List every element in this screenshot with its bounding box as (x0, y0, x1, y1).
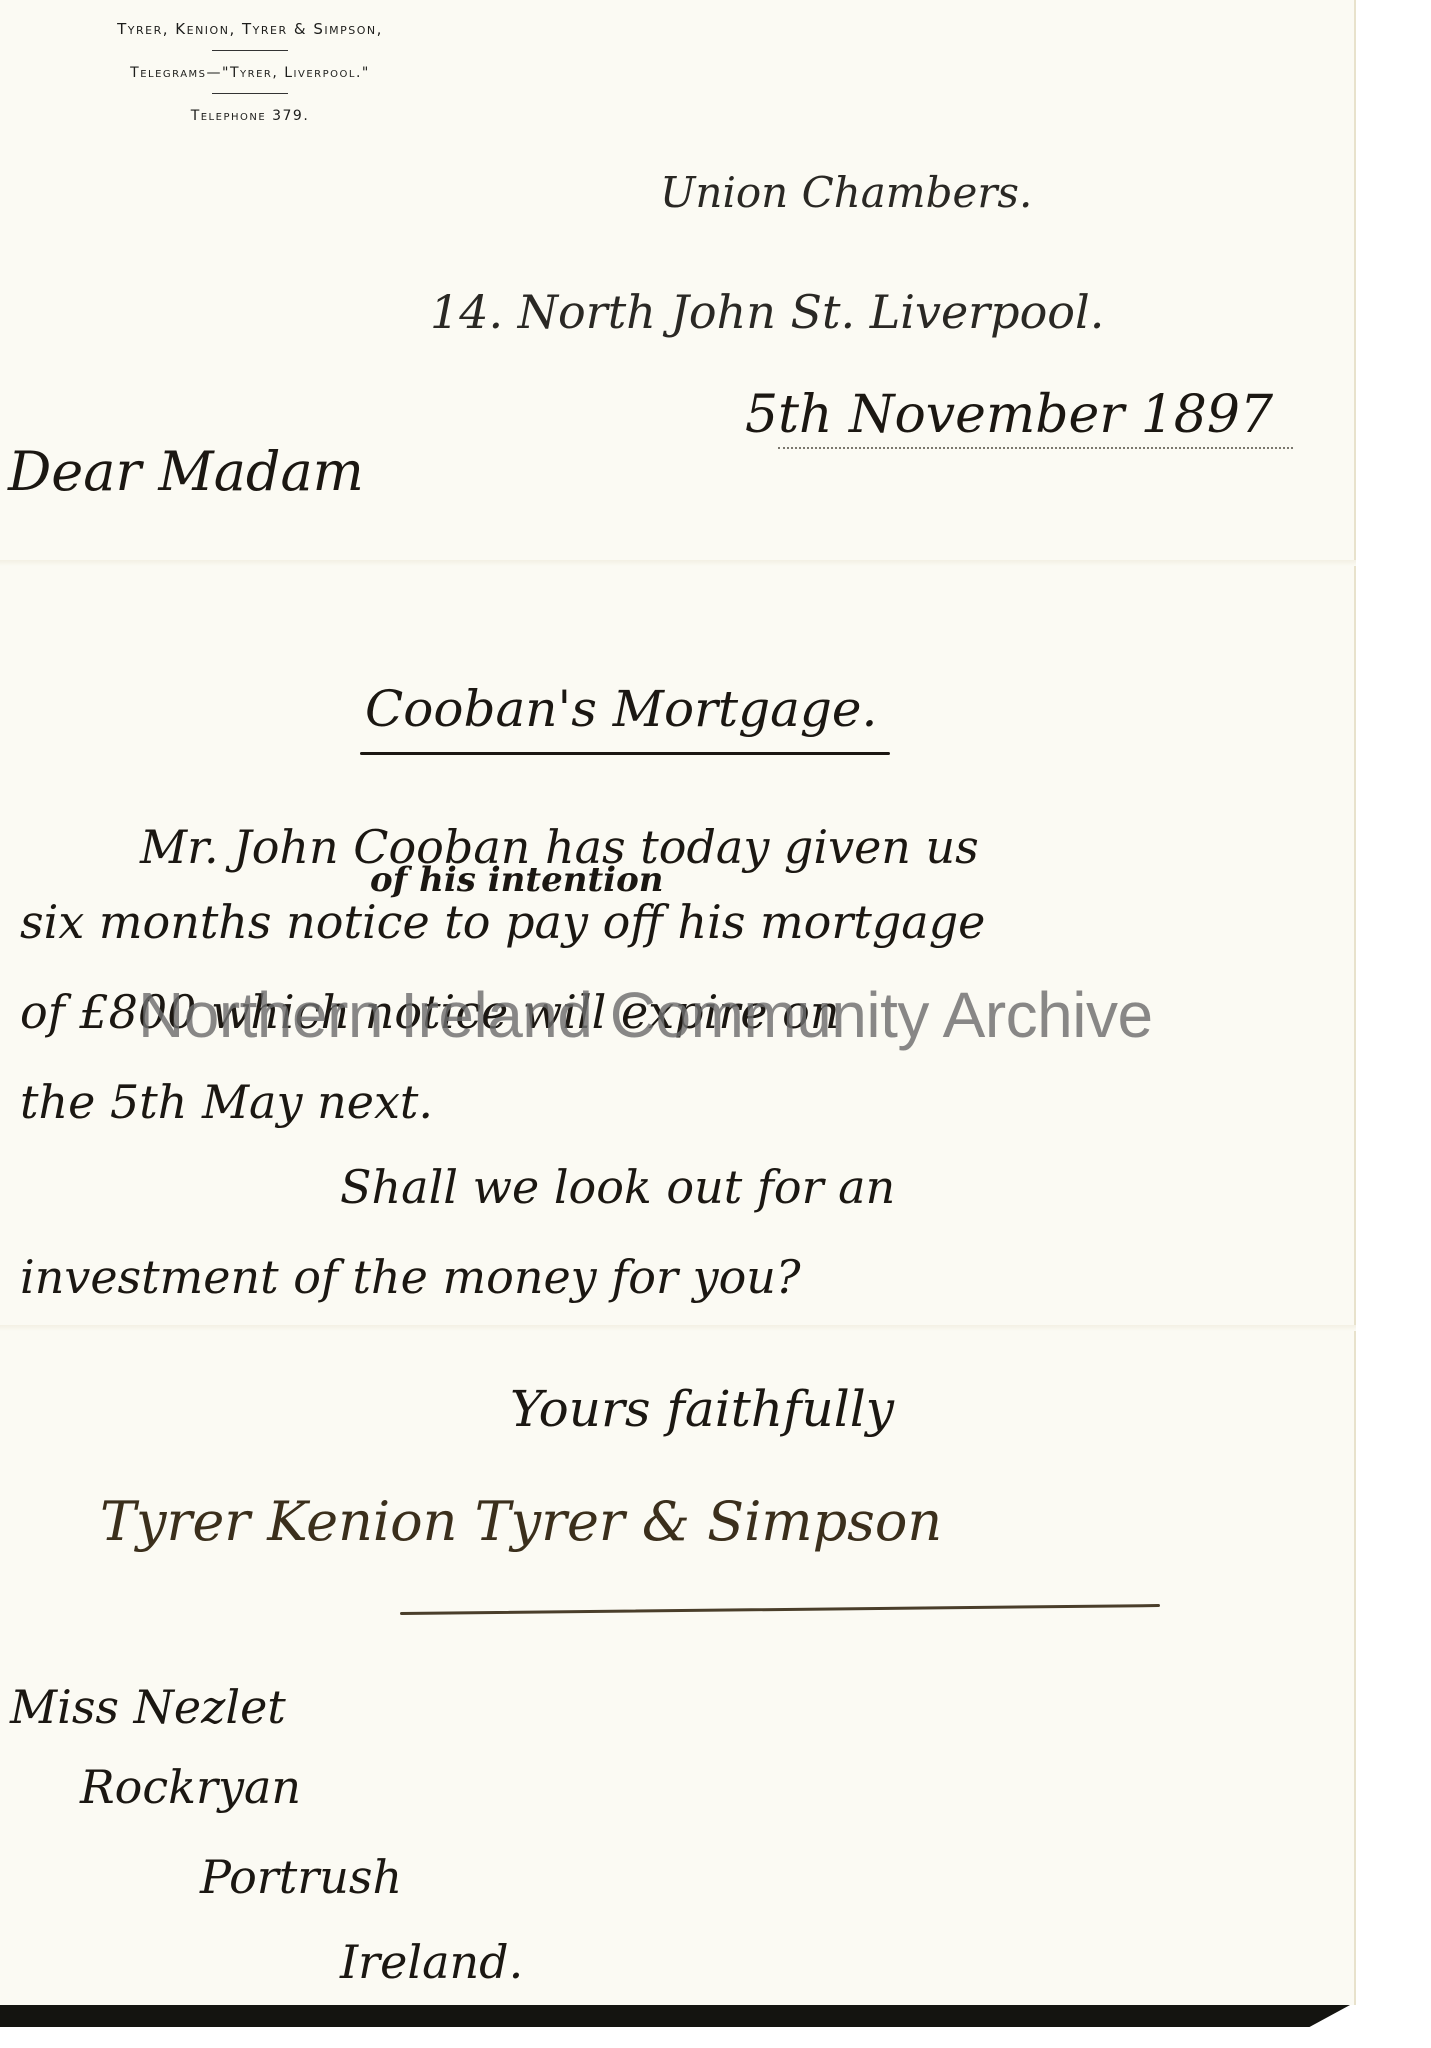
closing: Yours faithfully (510, 1380, 894, 1438)
letterhead: Tyrer, Kenion, Tyrer & Simpson, Telegram… (40, 18, 460, 124)
signature-flourish (400, 1604, 1160, 1615)
body-insertion: of his intention (370, 860, 663, 900)
recipient-address-line: Portrush (200, 1850, 402, 1904)
body-line: investment of the money for you? (20, 1250, 801, 1304)
letterhead-telephone: Telephone 379. (40, 108, 460, 124)
signature: Tyrer Kenion Tyrer & Simpson (100, 1490, 942, 1553)
recipient-name: Miss Nezlet (10, 1680, 286, 1734)
building-name: Union Chambers. (660, 168, 1032, 217)
letterhead-divider (212, 50, 288, 51)
body-line: Shall we look out for an (340, 1160, 895, 1214)
paper-fold (0, 1325, 1356, 1331)
letterhead-telegrams: Telegrams—"Tyrer, Liverpool." (40, 65, 460, 81)
body-line: six months notice to pay off his mortgag… (20, 895, 985, 949)
date-dotted-line (778, 447, 1293, 449)
letterhead-firm: Tyrer, Kenion, Tyrer & Simpson, (40, 20, 460, 38)
letter-date: 5th November 1897 (745, 385, 1273, 445)
street-address: 14. North John St. Liverpool. (430, 285, 1104, 339)
paper-fold (0, 560, 1356, 566)
recipient-address-line: Ireland. (340, 1935, 523, 1989)
letter-paper: Tyrer, Kenion, Tyrer & Simpson, Telegram… (0, 0, 1356, 2005)
recipient-address-line: Rockryan (80, 1760, 301, 1814)
subject-underline (360, 752, 890, 755)
paper-shadow (0, 2005, 1350, 2027)
archive-watermark: Northern Ireland Community Archive (138, 978, 1153, 1052)
letterhead-divider (212, 93, 288, 94)
subject-heading: Cooban's Mortgage. (365, 680, 877, 738)
body-line: the 5th May next. (20, 1075, 433, 1129)
salutation: Dear Madam (8, 440, 364, 503)
